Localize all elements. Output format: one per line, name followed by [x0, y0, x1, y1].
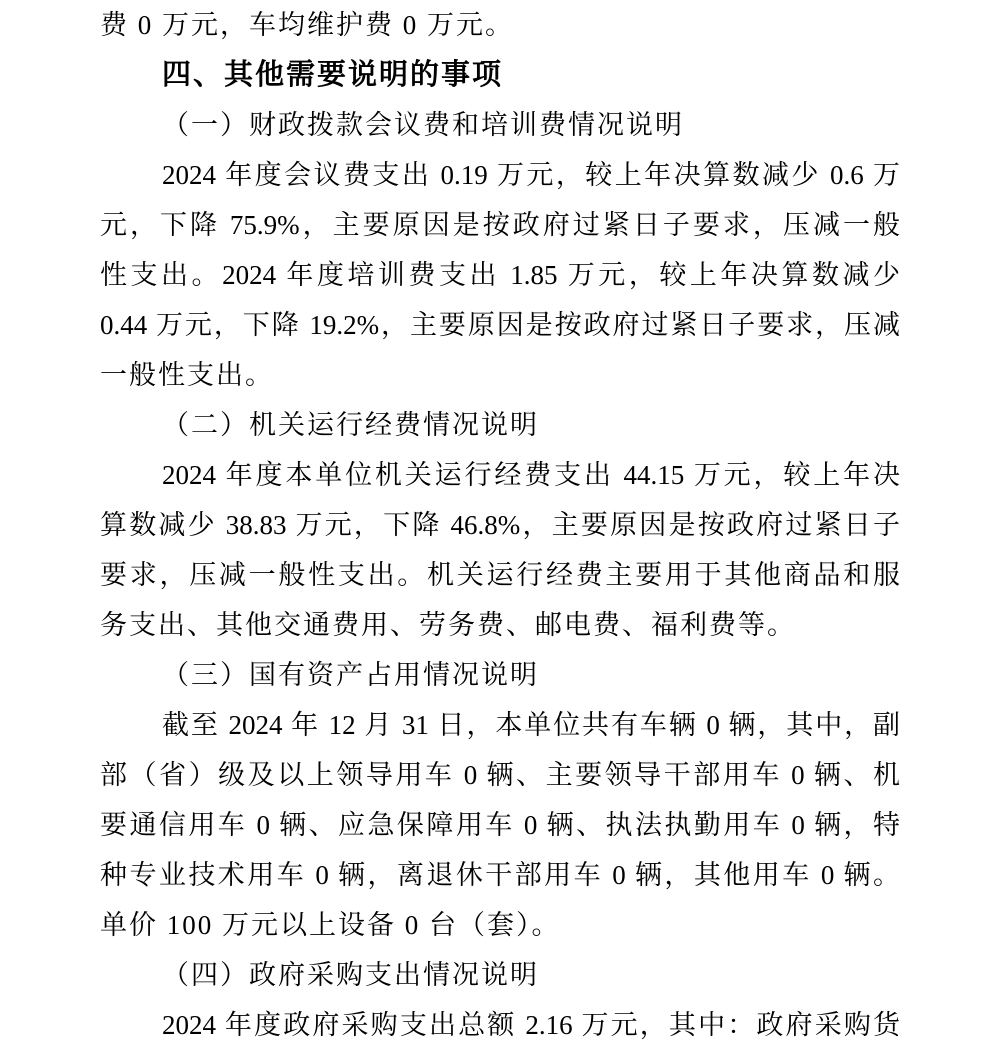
document-text-block: 费 0 万元，车均维护费 0 万元。 四、其他需要说明的事项 （一）财政拨款会议…	[100, 0, 900, 1043]
paragraph-line: 要求，压减一般性支出。机关运行经费主要用于其他商品和服	[100, 550, 900, 600]
paragraph-line: 截至 2024 年 12 月 31 日，本单位共有车辆 0 辆，其中，副	[100, 700, 900, 750]
paragraph-line: 部（省）级及以上领导用车 0 辆、主要领导干部用车 0 辆、机	[100, 750, 900, 800]
subsection-heading: （三）国有资产占用情况说明	[100, 650, 900, 700]
paragraph-line: 2024 年度会议费支出 0.19 万元，较上年决算数减少 0.6 万	[100, 150, 900, 200]
paragraph-line: 2024 年度本单位机关运行经费支出 44.15 万元，较上年决	[100, 450, 900, 500]
section-heading: 四、其他需要说明的事项	[100, 50, 900, 100]
subsection-heading: （一）财政拨款会议费和培训费情况说明	[100, 100, 900, 150]
subsection-heading: （四）政府采购支出情况说明	[100, 950, 900, 1000]
paragraph-line: 费 0 万元，车均维护费 0 万元。	[100, 0, 900, 50]
subsection-heading: （二）机关运行经费情况说明	[100, 400, 900, 450]
paragraph-line: 单价 100 万元以上设备 0 台（套）。	[100, 900, 900, 950]
paragraph-line: 一般性支出。	[100, 350, 900, 400]
paragraph-line: 算数减少 38.83 万元，下降 46.8%，主要原因是按政府过紧日子	[100, 500, 900, 550]
paragraph-line: 0.44 万元，下降 19.2%，主要原因是按政府过紧日子要求，压减	[100, 300, 900, 350]
paragraph-line: 2024 年度政府采购支出总额 2.16 万元，其中：政府采购货	[100, 1000, 900, 1043]
paragraph-line: 种专业技术用车 0 辆，离退休干部用车 0 辆，其他用车 0 辆。	[100, 850, 900, 900]
paragraph-line: 要通信用车 0 辆、应急保障用车 0 辆、执法执勤用车 0 辆，特	[100, 800, 900, 850]
paragraph-line: 务支出、其他交通费用、劳务费、邮电费、福利费等。	[100, 600, 900, 650]
document-page: 费 0 万元，车均维护费 0 万元。 四、其他需要说明的事项 （一）财政拨款会议…	[0, 0, 1000, 1043]
paragraph-line: 性支出。2024 年度培训费支出 1.85 万元，较上年决算数减少	[100, 250, 900, 300]
paragraph-line: 元，下降 75.9%，主要原因是按政府过紧日子要求，压减一般	[100, 200, 900, 250]
